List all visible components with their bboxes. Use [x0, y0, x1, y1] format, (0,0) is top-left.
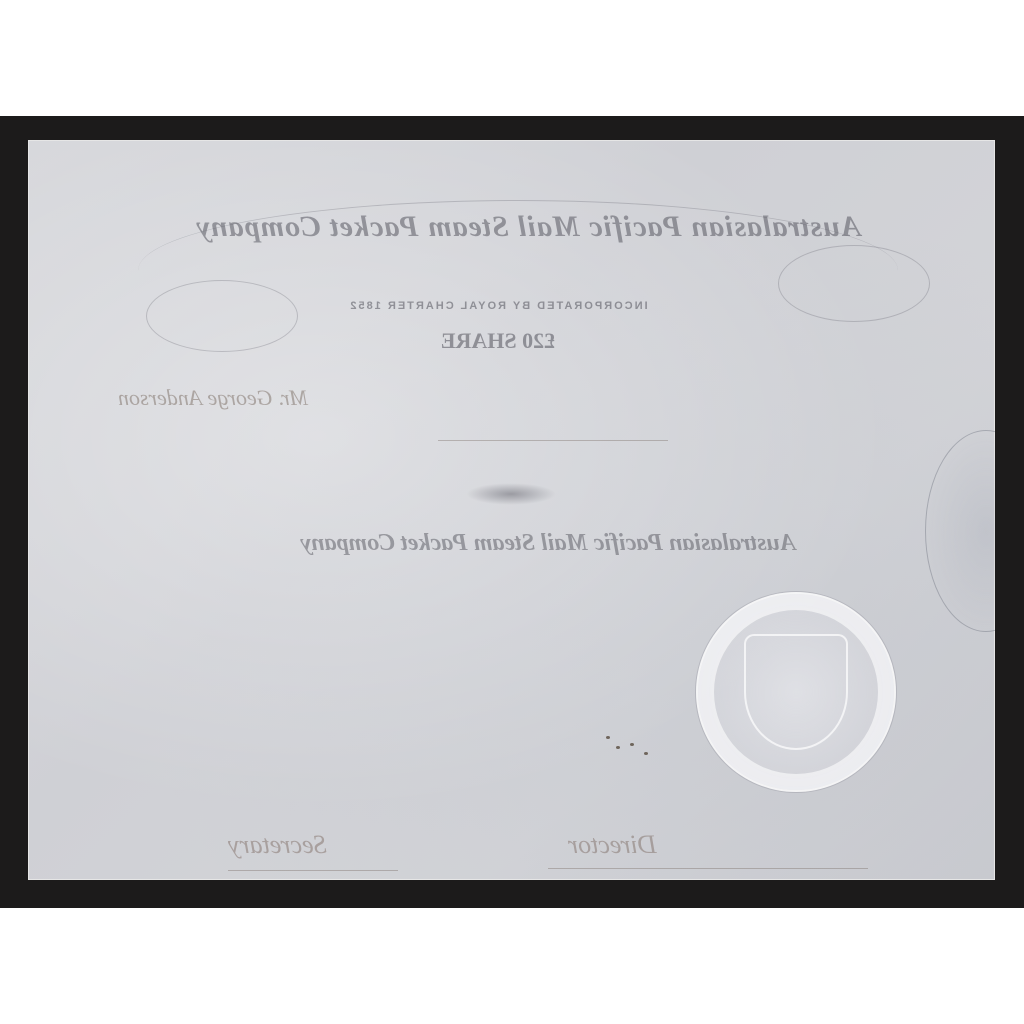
signature-director: Director	[568, 830, 657, 860]
holder-underline	[438, 440, 668, 441]
embossed-seal	[696, 592, 896, 792]
certificate-number-smudge	[466, 483, 556, 505]
vignette-oval	[925, 430, 995, 632]
signature-line-left	[228, 870, 398, 871]
holder-handwriting: Mr. George Anderson	[118, 385, 308, 411]
signature-line-right	[548, 868, 868, 869]
ink-spot	[606, 736, 610, 739]
incorporation-line: INCORPORATED BY ROYAL CHARTER 1852	[298, 300, 698, 312]
ink-spot	[616, 746, 620, 749]
ink-spot	[644, 752, 648, 755]
company-name-body: Australasian Pacific Mail Steam Packet C…	[288, 530, 808, 557]
seal-crest-icon	[744, 634, 848, 750]
ink-spot	[630, 743, 634, 746]
right-flourish	[778, 245, 930, 322]
share-value: £20 SHARE	[398, 328, 598, 354]
company-title: Australasian Pacific Mail Steam Packet C…	[178, 210, 878, 244]
left-flourish	[146, 280, 298, 352]
signature-secretary: Secretary	[228, 830, 327, 860]
certificate-paper: Australasian Pacific Mail Steam Packet C…	[28, 140, 995, 880]
